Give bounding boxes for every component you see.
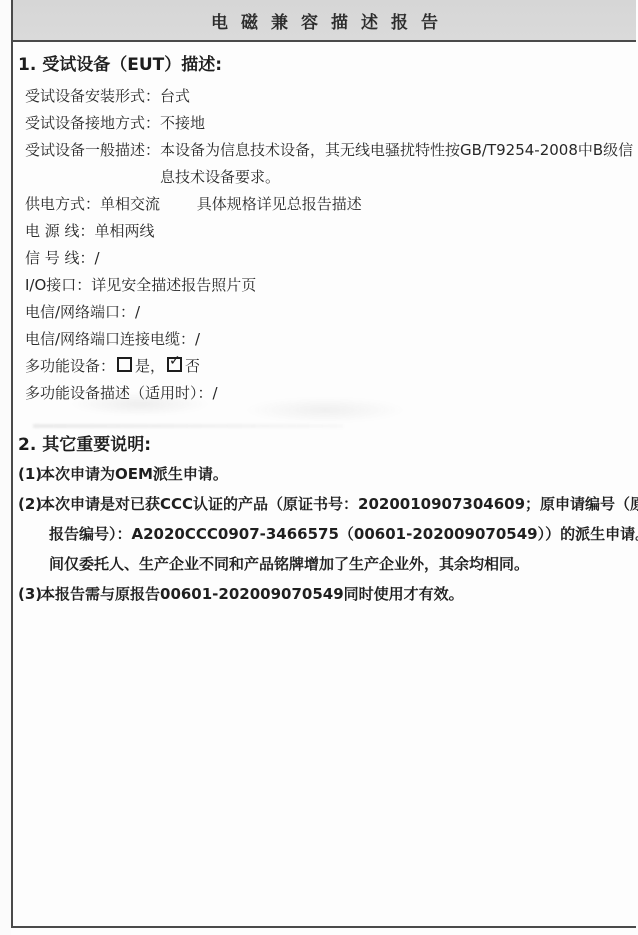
note-item-3-line: 本报告需与原报告00601-202009070549同时使用才有效。 — [40, 579, 628, 609]
field-signal-line: 信 号 线：/ — [25, 245, 628, 272]
note-item-3: (3) 本报告需与原报告00601-202009070549同时使用才有效。 — [18, 579, 628, 609]
note-item-3-marker: (3) — [18, 579, 42, 609]
section2-heading: 2. 其它重要说明: — [18, 434, 628, 457]
field-grounding: 受试设备接地方式：不接地 — [25, 110, 628, 137]
note-item-1: (1) 本次申请为OEM派生申请。 — [18, 459, 628, 489]
report-header: 电磁兼容描述报告 — [13, 0, 636, 42]
note-item-2-marker: (2) — [18, 489, 42, 519]
note-item-2-line3: 间仅委托人、生产企业不同和产品铭牌增加了生产企业外，其余均相同。 — [40, 549, 628, 579]
checkbox-no-checked-icon: ✓ — [167, 357, 182, 372]
note-item-2: (2) 本次申请是对已获CCC认证的产品（原证书号：20200109073046… — [18, 489, 628, 579]
field-install-type: 受试设备安装形式：台式 — [25, 83, 628, 110]
field-general-desc-line1: 受试设备一般描述：本设备为信息技术设备，其无线电骚扰特性按GB/T9254-20… — [25, 137, 628, 164]
note-item-2-line2: 报告编号）：A2020CCC0907-3466575（00601-2020090… — [40, 519, 628, 549]
document-page: 电磁兼容描述报告 1. 受试设备（EUT）描述: 受试设备安装形式：台式 受试设… — [0, 0, 638, 935]
field-telecom-port: 电信/网络端口：/ — [25, 299, 628, 326]
field-io-port: I/O接口：详见安全描述报告照片页 — [25, 272, 628, 299]
multifunction-yes-label: 是， — [135, 357, 165, 375]
field-power-cord: 电 源 线：单相两线 — [25, 218, 628, 245]
multifunction-no-label: 否 — [185, 357, 200, 375]
field-general-desc-line2: 息技术设备要求。 — [160, 164, 628, 191]
check-icon: ✓ — [169, 354, 181, 368]
note-item-2-line1: 本次申请是对已获CCC认证的产品（原证书号：2020010907304609；原… — [40, 489, 628, 519]
report-body: 1. 受试设备（EUT）描述: 受试设备安装形式：台式 受试设备接地方式：不接地… — [13, 42, 636, 609]
field-power-supply-note: 具体规格详见总报告描述 — [197, 195, 362, 213]
field-power-supply: 供电方式：单相交流 具体规格详见总报告描述 — [25, 191, 628, 218]
field-power-supply-value: 供电方式：单相交流 — [25, 195, 160, 213]
section1-heading: 1. 受试设备（EUT）描述: — [18, 54, 628, 77]
report-title: 电磁兼容描述报告 — [198, 8, 451, 33]
field-telecom-cable: 电信/网络端口连接电缆：/ — [25, 326, 628, 353]
checkbox-yes-unchecked-icon — [117, 357, 132, 372]
report-frame: 电磁兼容描述报告 1. 受试设备（EUT）描述: 受试设备安装形式：台式 受试设… — [11, 0, 636, 928]
note-item-1-marker: (1) — [18, 459, 42, 489]
field-multifunction: 多功能设备：是，✓否 — [25, 353, 628, 380]
field-multifunction-desc: 多功能设备描述（适用时）：/ — [25, 380, 628, 407]
photo-left-margin — [0, 0, 11, 935]
field-multifunction-label: 多功能设备： — [25, 357, 115, 375]
note-item-1-line: 本次申请为OEM派生申请。 — [40, 459, 628, 489]
